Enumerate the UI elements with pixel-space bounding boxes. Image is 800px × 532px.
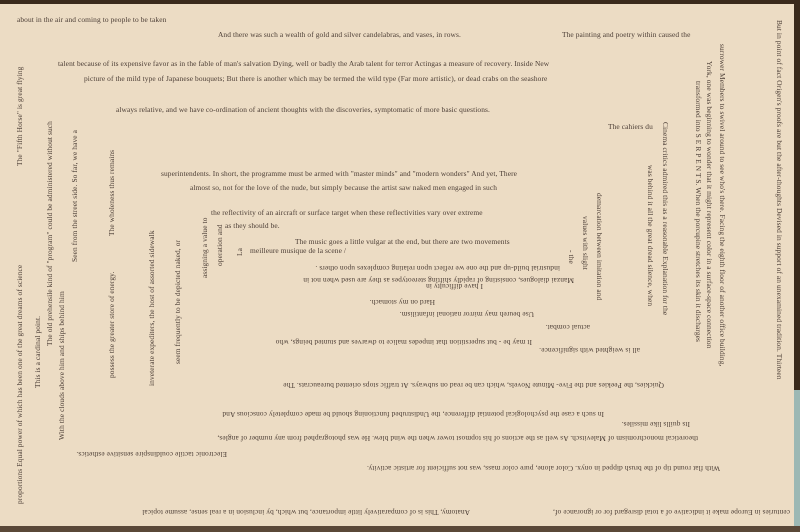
text-line-bottom-4: Quickies, the Peekies and the Five- Minu… [283, 382, 664, 389]
text-line-left-2: This is a cardinal point. [34, 316, 41, 388]
text-line-top-5: picture of the mild type of Japanese bou… [84, 75, 547, 82]
text-line-left-3: With the clouds above him and ships behi… [58, 291, 65, 440]
text-line-top-10: as they should be. [225, 222, 280, 229]
text-line-bottom-2b: Electronic tactile couldinspire sensitiv… [76, 451, 227, 458]
text-line-left-2b: The old prehensile kind of "program" cou… [46, 121, 53, 346]
text-line-top-11: meilleure musique de la scene / [250, 247, 346, 254]
text-line-bottom-1: centuries in Europe make it indicative o… [553, 509, 790, 516]
text-line-bottom-8: Manzai dialogues, consisting of rapidly … [303, 277, 574, 284]
text-line-left-7: assigning a value to [201, 218, 208, 279]
text-line-right-4: Cinema critics admired this as a reasona… [662, 122, 669, 315]
text-line-right-3b: transformed into S E R P E N T S. When t… [695, 81, 702, 342]
text-line-bottom-3: theoretical monochromism of Malevitsch. … [217, 435, 698, 442]
text-line-bottom-6: actual combat. [546, 324, 591, 331]
text-line-right-1: But in point of fact Origen's proofs are… [776, 20, 783, 380]
text-line-left-1b: The "Fifth Horse" is great flying [16, 67, 23, 166]
text-line-right-8: - the [568, 250, 575, 264]
scanned-page: about in the air and coming to people to… [0, 4, 794, 526]
text-line-right-3: York, one was beginning to wonder that i… [706, 61, 713, 348]
text-line-left-1: proportions Equal power of which has bee… [16, 265, 23, 504]
text-line-bottom-2: With flat round tip of the brush dipped … [367, 465, 720, 472]
text-line-bottom-6b: Use beureh may mirror national infantili… [400, 311, 534, 318]
text-line-right-2: surrower Members to swivel around to see… [719, 44, 726, 366]
text-line-left-8: operation and [216, 224, 223, 266]
text-line-left-9: La [236, 248, 243, 256]
text-line-left-6: seem frequently to be depicted naked, or [174, 240, 181, 364]
text-line-top-10b: The music goes a little vulgar at the en… [295, 238, 510, 245]
text-line-right-7: values with slight [582, 216, 589, 270]
text-line-bottom-7: Hard on my stomach. [369, 299, 435, 306]
text-line-top-3: The painting and poetry within caused th… [562, 31, 690, 38]
text-line-left-3b: Seen from the street side. So far, we ha… [71, 130, 78, 262]
text-line-top-1: about in the air and coming to people to… [17, 16, 166, 23]
scan-edge-bottom [0, 526, 800, 532]
text-line-top-8: almost so, not for the love of the nude,… [190, 184, 497, 191]
text-line-left-4b: The wholeness thus remains [108, 150, 115, 236]
text-line-bottom-5b: It may be - but superstition that impede… [276, 339, 532, 346]
text-line-right-5: was behind it all the great dread silenc… [647, 165, 654, 306]
text-line-bottom-3c: In such a case the psychological potenti… [222, 411, 604, 418]
scan-edge-right [794, 390, 800, 532]
text-line-left-4: possess the greater store of energy. [108, 272, 115, 378]
text-line-top-6: always relative, and we have co-ordinati… [116, 106, 490, 113]
text-line-bottom-1b: Anatomy, This is of comparatively little… [142, 509, 470, 516]
text-line-top-7: superintendents. In short, the programme… [161, 170, 517, 177]
text-line-left-5: inveterate expediters, the host of assor… [148, 230, 155, 386]
text-line-top-4: talent because of its expensive favor as… [58, 60, 549, 67]
text-line-top-6b: The cahiers du [608, 123, 653, 130]
text-line-top-2: And there was such a wealth of gold and … [218, 31, 461, 38]
text-line-right-6: demarcation between imitation and [596, 193, 603, 300]
text-line-bottom-5: all is weighted with significence. [539, 347, 640, 354]
text-line-bottom-3b: Its quills like missiles. [621, 421, 690, 428]
text-line-bottom-9: industrial build-up and the one we refle… [315, 265, 560, 272]
text-line-top-9: the reflectivity of an aircraft or surfa… [211, 209, 483, 216]
